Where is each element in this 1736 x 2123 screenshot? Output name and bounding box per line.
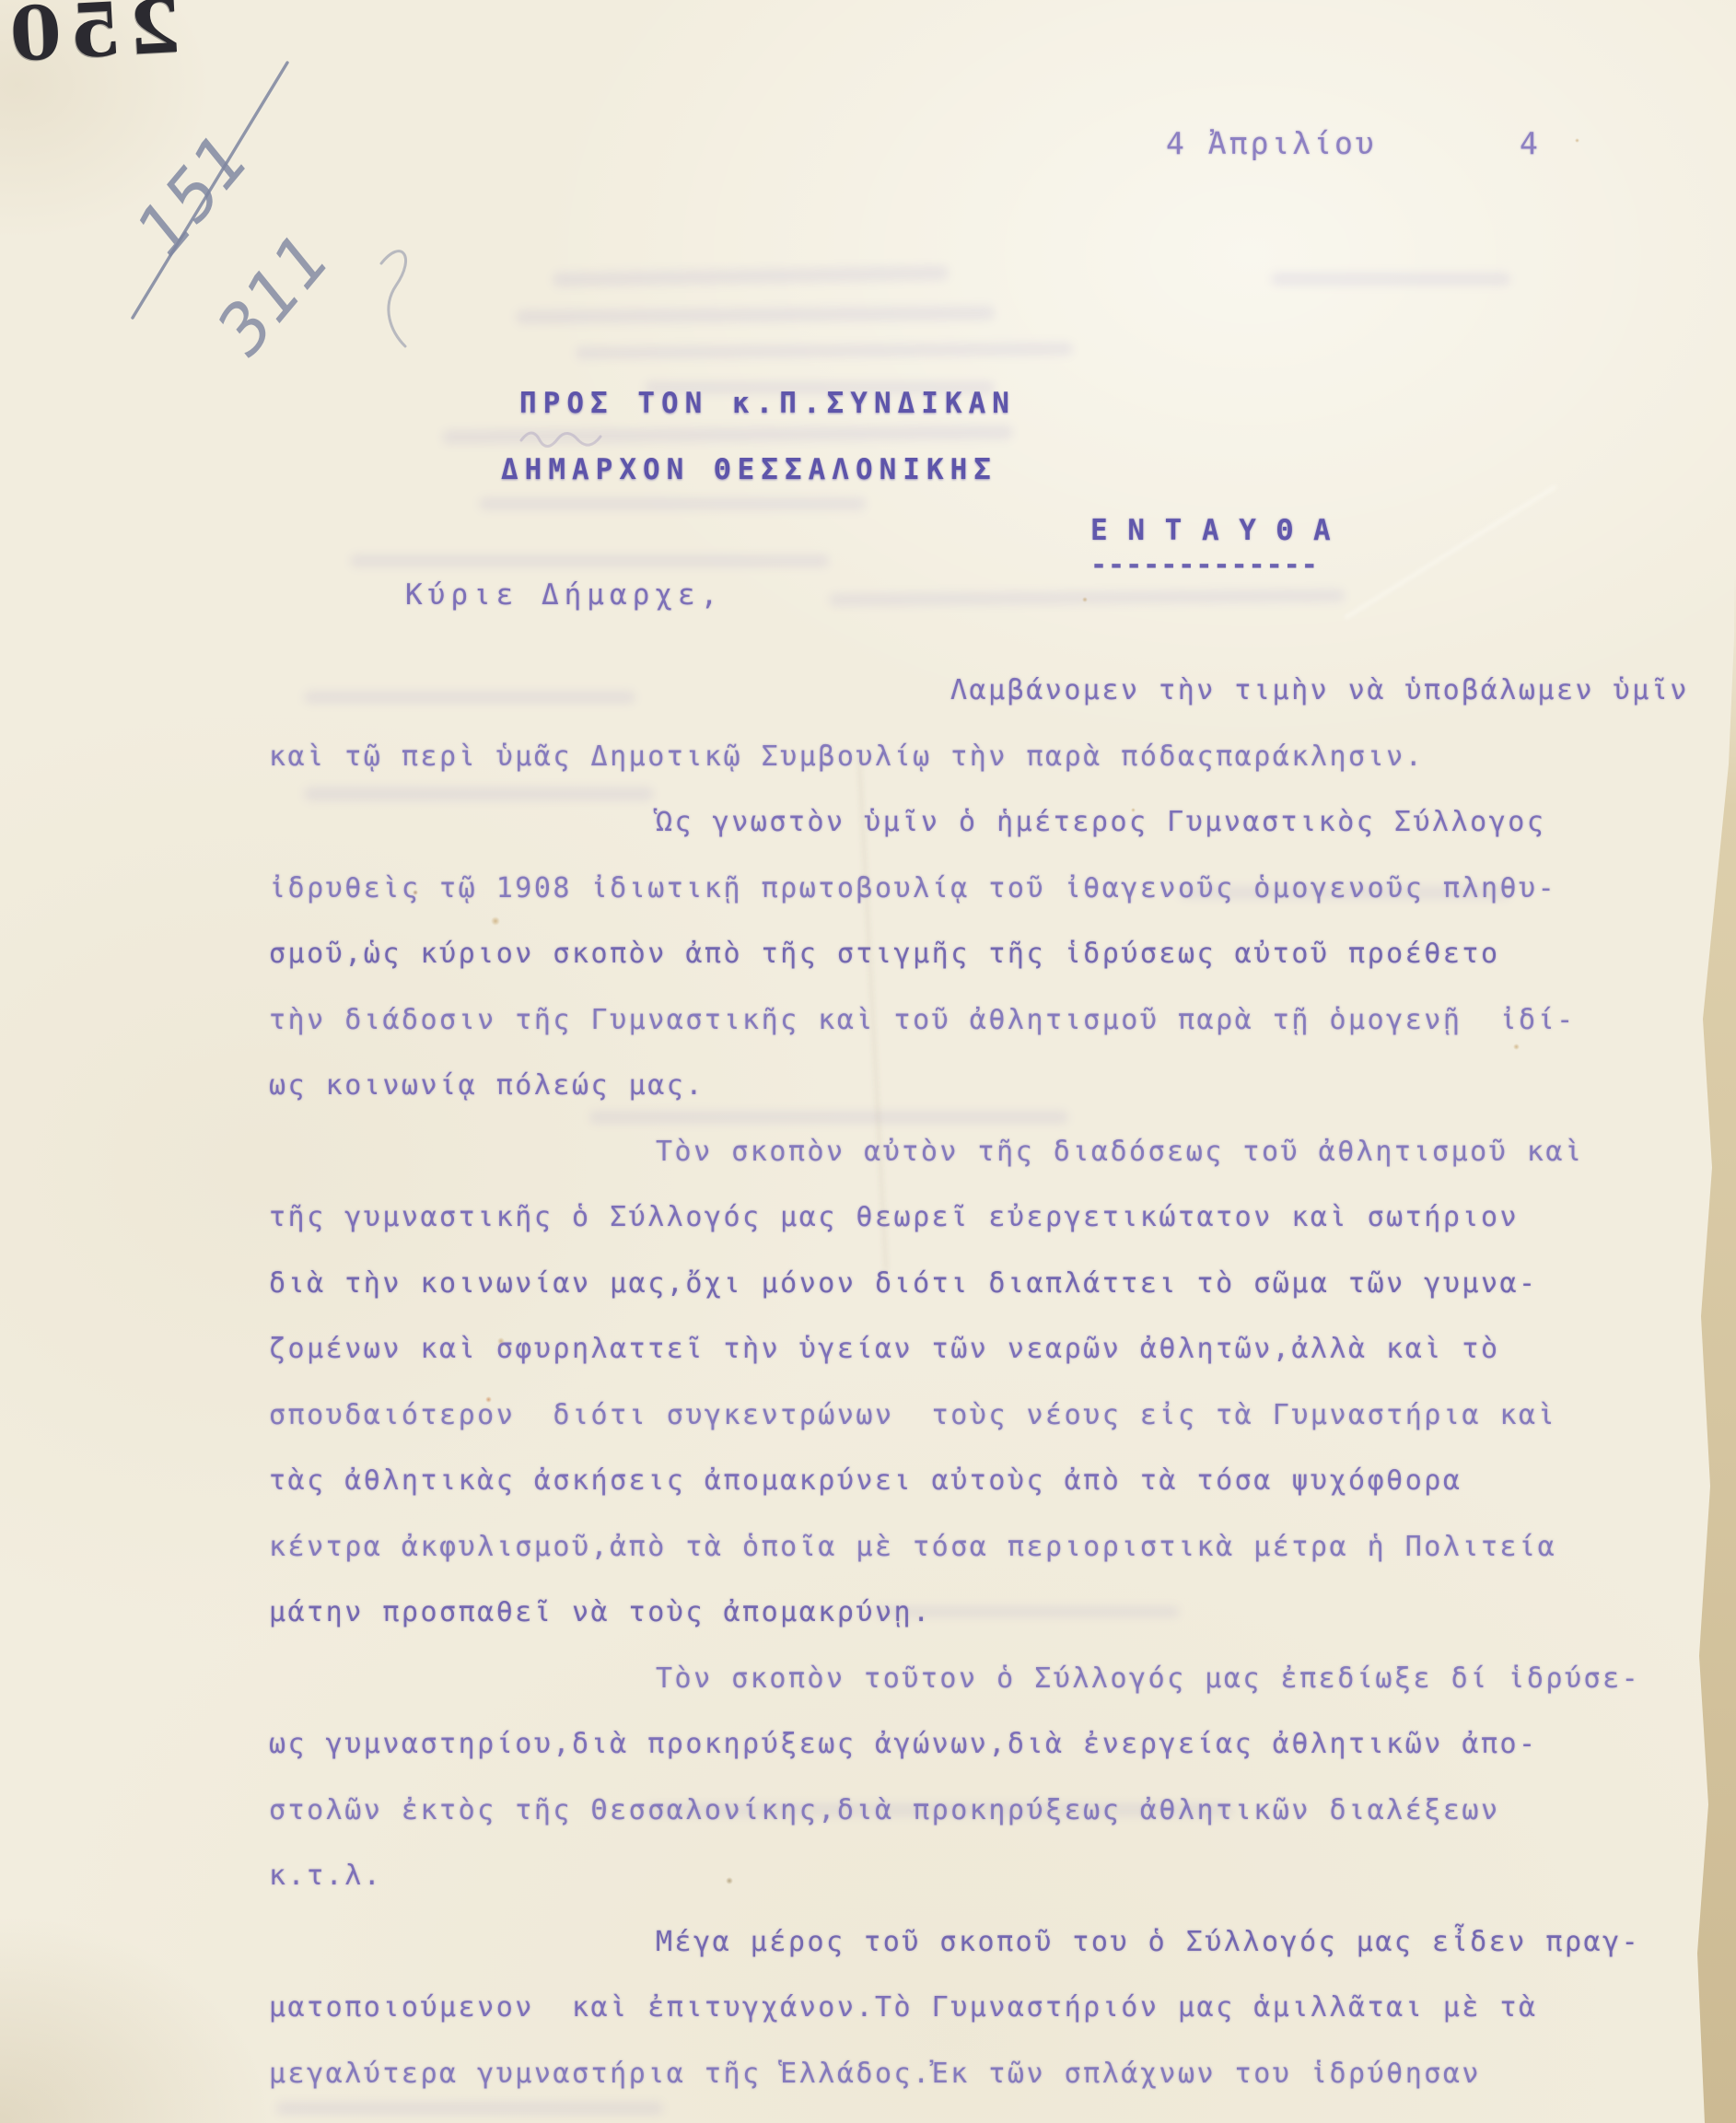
body-line: μάτην προσπαθεῖ νὰ τοὺς ἀπομακρύνῃ. <box>269 1580 1729 1646</box>
heading-underline-dashes: ------------- <box>1090 549 1319 581</box>
scanned-letter-page: 250 151 311 4 Ἀπριλίου 4 ΠΡΟΣ ΤΟΝ κ.Π.ΣΥ… <box>0 0 1736 2123</box>
body-line: στολῶν ἐκτὸς τῆς Θεσσαλονίκης,διὰ προκηρ… <box>269 1778 1729 1844</box>
body-line: τὴν διάδοσιν τῆς Γυμναστικῆς καὶ τοῦ ἀθλ… <box>269 987 1729 1054</box>
body-line: σμοῦ,ὡς κύριον σκοπὸν ἀπὸ τῆς στιγμῆς τῆ… <box>269 921 1729 987</box>
body-line: τῆς γυμναστικῆς ὁ Σύλλογός μας θεωρεῖ εὐ… <box>269 1184 1729 1251</box>
salutation: Κύριε Δήμαρχε, <box>405 578 723 612</box>
body-line: κέντρα ἀκφυλισμοῦ,ἀπὸ τὰ ὁποῖα μὲ τόσα π… <box>269 1514 1729 1581</box>
body-line: τὰς ἀθλητικὰς ἀσκήσεις ἀπομακρύνει αὐτοὺ… <box>269 1448 1729 1514</box>
body-line: ζομένων καὶ σφυρηλαττεῖ τὴν ὑγείαν τῶν ν… <box>269 1316 1729 1382</box>
body-line: ματοποιούμενον καὶ ἐπιτυγχάνον.Τὸ Γυμνασ… <box>269 1975 1729 2041</box>
letter-protocol-number: 4 <box>1520 125 1541 161</box>
body-line: μεγαλύτερα γυμναστήρια τῆς Ἑλλάδος.Ἐκ τῶ… <box>269 2041 1729 2107</box>
recipient-line-2: ΔΗΜΑΡΧΟΝ ΘΕΣΣΑΛΟΝΙΚΗΣ <box>501 453 997 486</box>
recipient-line-1: ΠΡΟΣ ΤΟΝ κ.Π.ΣΥΝΔΙΚΑΝ <box>519 387 1016 420</box>
body-line: Μέγα μέρος τοῦ σκοποῦ του ὁ Σύλλογός μας… <box>269 1909 1729 1976</box>
letter-date: 4 Ἀπριλίου <box>1166 125 1377 161</box>
body-line: Τὸν σκοπὸν αὐτὸν τῆς διαδόσεως τοῦ ἀθλητ… <box>269 1119 1729 1185</box>
body-line: ἰδρυθεὶς τῷ 1908 ἰδιωτικῇ πρωτοβουλίᾳ το… <box>269 856 1729 922</box>
body-line: σπουδαιότερον διότι συγκεντρώνων τοὺς νέ… <box>269 1382 1729 1449</box>
body-line: καὶ τῷ περὶ ὑμᾶς Δημοτικῷ Συμβουλίῳ τὴν … <box>269 724 1729 790</box>
letter-body: Λαμβάνομεν τὴν τιμὴν νὰ ὑποβάλωμεν ὑμῖνκ… <box>269 658 1729 2106</box>
body-line: ως κοινωνίᾳ πόλεώς μας. <box>269 1053 1729 1119</box>
typewritten-layer: 4 Ἀπριλίου 4 ΠΡΟΣ ΤΟΝ κ.Π.ΣΥΝΔΙΚΑΝ ΔΗΜΑΡ… <box>0 0 1736 2123</box>
body-line: διὰ τὴν κοινωνίαν μας,ὄχι μόνον διότι δι… <box>269 1251 1729 1317</box>
body-line: Ὡς γνωστὸν ὑμῖν ὁ ἡμέτερος Γυμναστικὸς Σ… <box>269 789 1729 856</box>
location-heading: Ε Ν Τ Α Υ Θ Α <box>1090 514 1332 547</box>
body-line: Τὸν σκοπὸν τοῦτον ὁ Σύλλογός μας ἐπεδίωξ… <box>269 1646 1729 1712</box>
body-line: κ.τ.λ. <box>269 1843 1729 1909</box>
body-line: ως γυμναστηρίου,διὰ προκηρύξεως ἀγώνων,δ… <box>269 1711 1729 1778</box>
body-line: Λαμβάνομεν τὴν τιμὴν νὰ ὑποβάλωμεν ὑμῖν <box>269 658 1729 724</box>
